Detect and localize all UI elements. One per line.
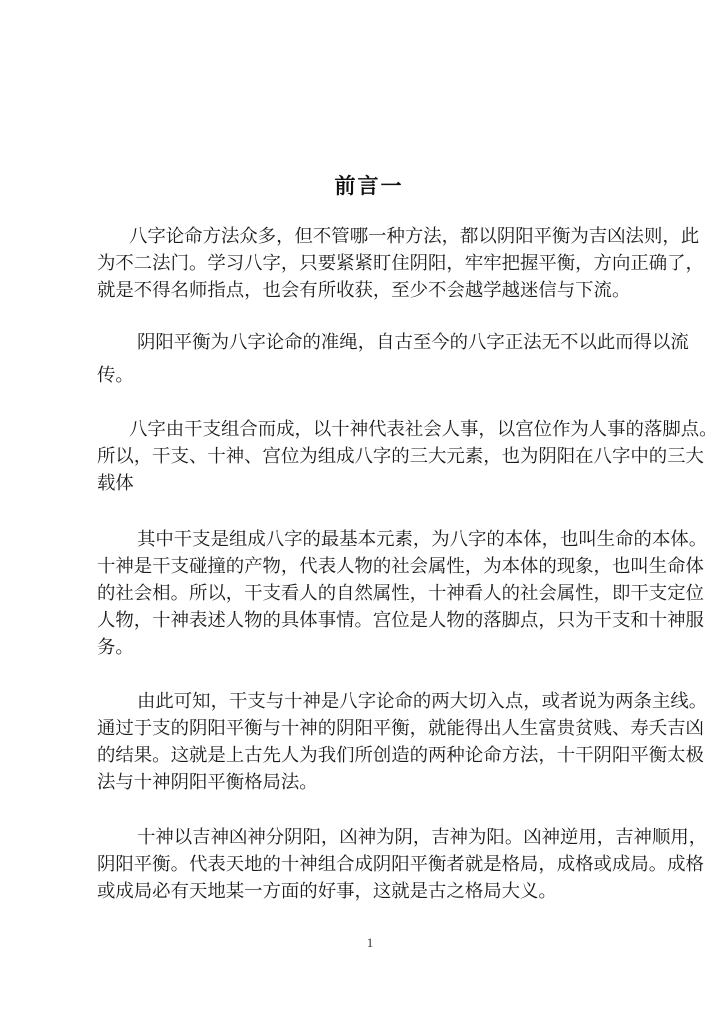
paragraph-line: 阴阳平衡为八字论命的准绳，自古至今的八字正法无不以此而得以流 xyxy=(97,329,629,356)
page-title: 前言一 xyxy=(0,170,724,200)
paragraph-line: 法与十神阴阳平衡格局法。 xyxy=(97,769,629,796)
paragraph-line: 务。 xyxy=(97,634,629,661)
paragraph-line: 载体 xyxy=(97,470,629,497)
paragraph-line: 为不二法门。学习八字，只要紧紧盯住阴阳，牢牢把握平衡，方向正确了， xyxy=(97,250,629,277)
paragraph-line: 的结果。这就是上古先人为我们所创造的两种论命方法，十干阴阳平衡太极 xyxy=(97,742,629,769)
paragraph-line: 的社会相。所以，干支看人的自然属性，十神看人的社会属性，即干支定位 xyxy=(97,580,629,607)
paragraph-line: 通过于支的阴阳平衡与十神的阴阳平衡，就能得出人生富贵贫贱、寿夭吉凶 xyxy=(97,715,629,742)
paragraph-line: 人物，十神表述人物的具体事情。宫位是人物的落脚点，只为干支和十神服 xyxy=(97,607,629,634)
paragraph-5: 由此可知，干支与十神是八字论命的两大切入点，或者说为两条主线。 通过于支的阴阳平… xyxy=(97,688,629,796)
paragraph-2: 阴阳平衡为八字论命的准绳，自古至今的八字正法无不以此而得以流 传。 xyxy=(97,329,629,389)
document-page: 前言一 八字论命方法众多，但不管哪一种方法，都以阴阳平衡为吉凶法则，此 为不二法… xyxy=(0,0,724,1024)
paragraph-line: 所以，干支、十神、宫位为组成八字的三大元素，也为阴阳在八字中的三大 xyxy=(97,443,629,470)
paragraph-line: 阴阳平衡。代表天地的十神组合成阴阳平衡者就是格局，成格或成局。成格 xyxy=(97,851,629,878)
paragraph-line: 其中干支是组成八字的最基本元素，为八字的本体，也叫生命的本体。 xyxy=(97,526,629,553)
paragraph-4: 其中干支是组成八字的最基本元素，为八字的本体，也叫生命的本体。 十神是干支碰撞的… xyxy=(97,526,629,661)
page-number: 1 xyxy=(0,935,724,951)
paragraph-line: 八字由干支组合而成，以十神代表社会人事，以宫位作为人事的落脚点。 xyxy=(97,416,629,443)
paragraph-line: 八字论命方法众多，但不管哪一种方法，都以阴阳平衡为吉凶法则，此 xyxy=(97,223,629,250)
paragraph-6: 十神以吉神凶神分阴阳，凶神为阴，吉神为阳。凶神逆用，吉神顺用， 阴阳平衡。代表天… xyxy=(97,824,629,905)
paragraph-3: 八字由干支组合而成，以十神代表社会人事，以宫位作为人事的落脚点。 所以，干支、十… xyxy=(97,416,629,497)
paragraph-line: 就是不得名师指点，也会有所收获，至少不会越学越迷信与下流。 xyxy=(97,277,629,304)
paragraph-line: 传。 xyxy=(97,362,629,389)
paragraph-line: 由此可知，干支与十神是八字论命的两大切入点，或者说为两条主线。 xyxy=(97,688,629,715)
paragraph-line: 或成局必有天地某一方面的好事，这就是古之格局大义。 xyxy=(97,878,629,905)
paragraph-line: 十神以吉神凶神分阴阳，凶神为阴，吉神为阳。凶神逆用，吉神顺用， xyxy=(97,824,629,851)
paragraph-line: 十神是干支碰撞的产物，代表人物的社会属性，为本体的现象，也叫生命体 xyxy=(97,553,629,580)
paragraph-1: 八字论命方法众多，但不管哪一种方法，都以阴阳平衡为吉凶法则，此 为不二法门。学习… xyxy=(97,223,629,304)
